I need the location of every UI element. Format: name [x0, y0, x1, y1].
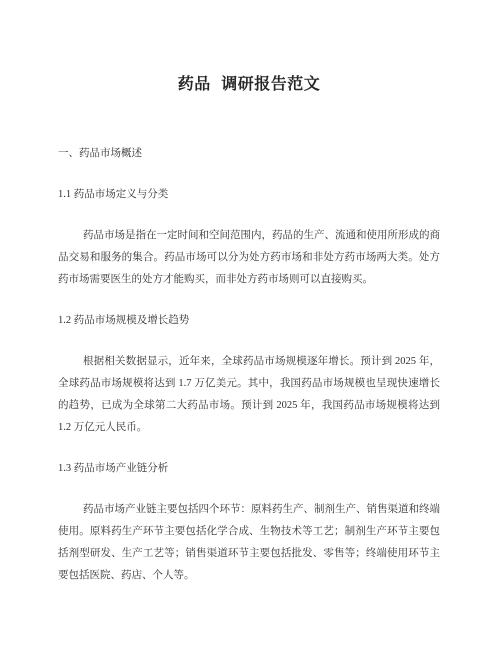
section-heading-1-1: 1.1 药品市场定义与分类: [58, 184, 440, 206]
document-page: 药品 调研报告范文 一、药品市场概述 1.1 药品市场定义与分类 药品市场是指在…: [0, 0, 500, 647]
section-heading-1-2: 1.2 药品市场规模及增长趋势: [58, 310, 440, 332]
paragraph-1-1: 药品市场是指在一定时间和空间范围内，药品的生产、流通和使用所形成的商品交易和服务…: [58, 225, 440, 291]
section-heading-1-3: 1.3 药品市场产业链分析: [58, 458, 440, 480]
section-heading-overview: 一、药品市场概述: [58, 143, 440, 165]
paragraph-1-3: 药品市场产业链主要包括四个环节：原料药生产、制剂生产、销售渠道和终端使用。原料药…: [58, 499, 440, 587]
document-title: 药品 调研报告范文: [58, 74, 440, 96]
paragraph-1-2: 根据相关数据显示，近年来，全球药品市场规模逐年增长。预计到 2025 年，全球药…: [58, 351, 440, 439]
